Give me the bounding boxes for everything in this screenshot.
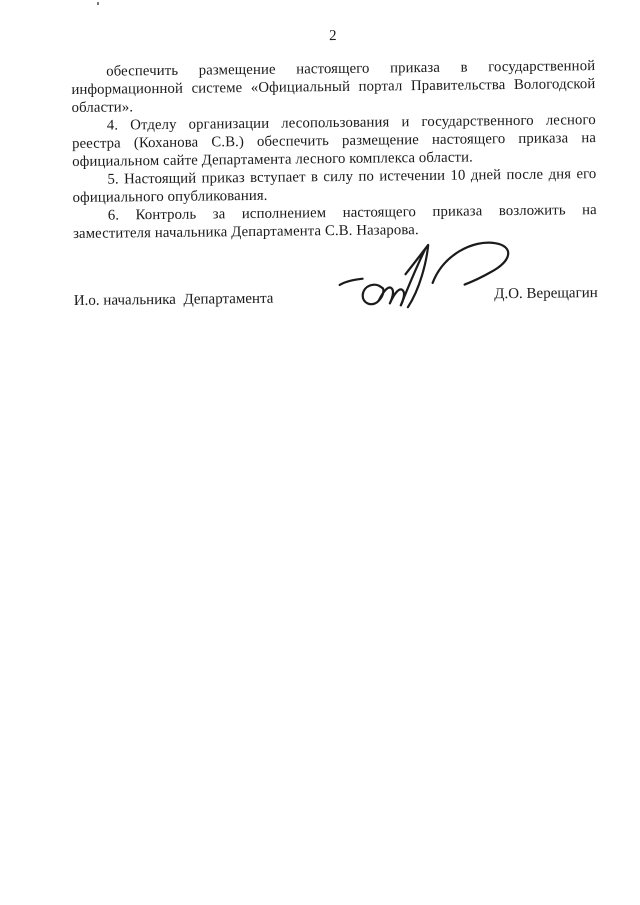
signer-position: И.о. начальника Департамента: [74, 291, 274, 310]
signature-dash-stroke: [340, 279, 363, 285]
signer-name: Д.О. Верещагин: [494, 285, 598, 303]
scanned-document-page: 2 обеспечить размещение настоящего прика…: [0, 0, 640, 905]
signature-loop-stroke: [363, 285, 384, 305]
page-content: 2 обеспечить размещение настоящего прика…: [0, 0, 640, 905]
signature-flag-stroke: [400, 245, 429, 307]
signature-arc-stroke: [432, 242, 508, 284]
page-number: 2: [71, 25, 595, 47]
order-text-block: обеспечить размещение настоящего приказа…: [71, 57, 597, 243]
